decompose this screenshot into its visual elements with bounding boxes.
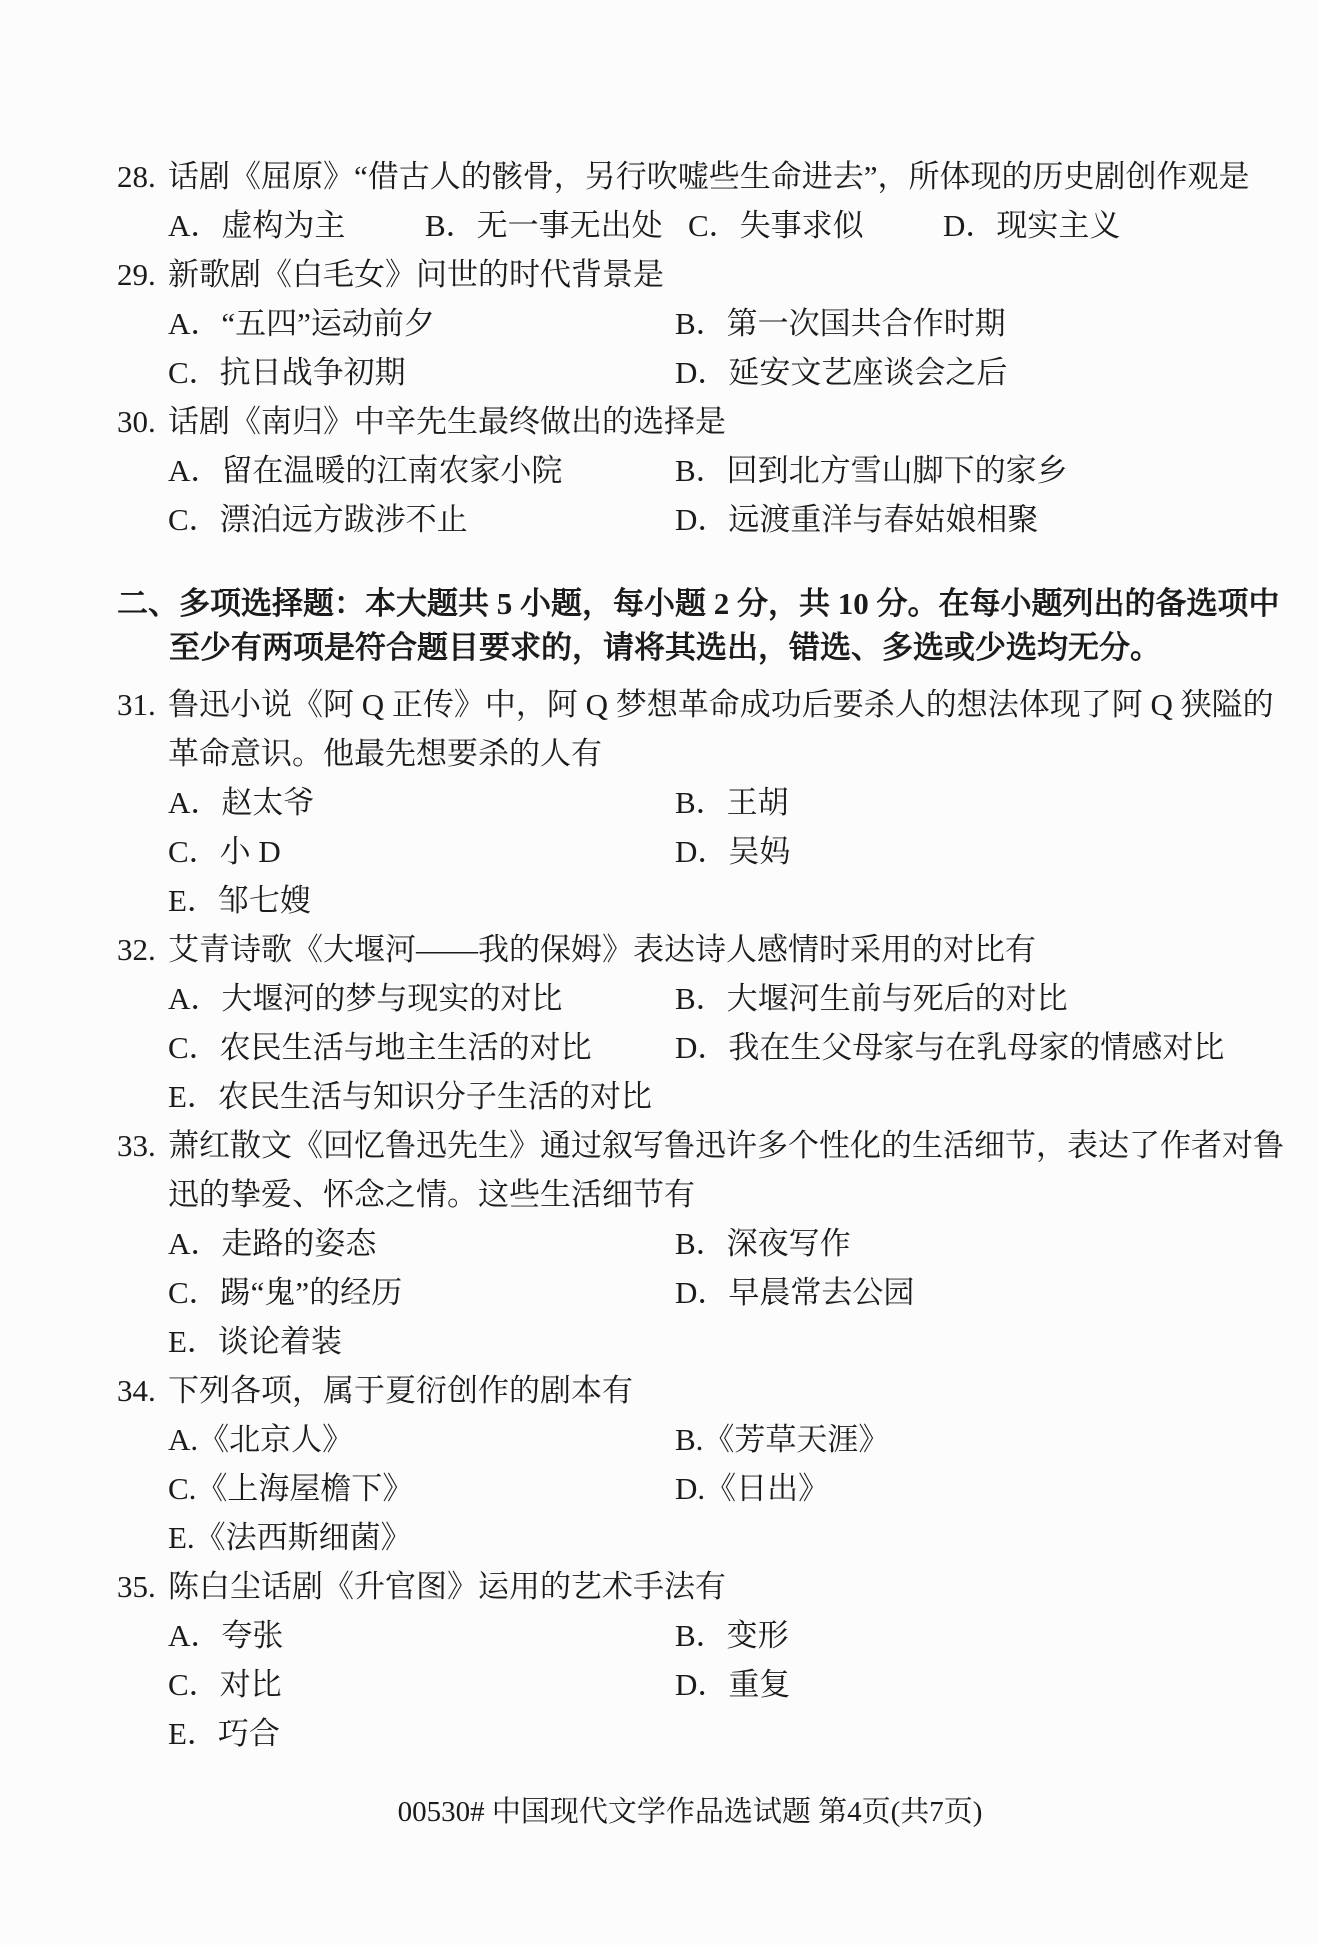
question-28: 28. 话剧《屈原》“借古人的骸骨，另行吹嘘些生命进去”，所体现的历史剧创作观是 [117, 152, 1263, 201]
question-29-number: 29. [117, 250, 168, 299]
question-34-option-e: E.《法西斯细菌》 [168, 1513, 412, 1562]
question-35-options-row-3: E．巧合 [117, 1709, 1263, 1758]
exam-page: 28. 话剧《屈原》“借古人的骸骨，另行吹嘘些生命进去”，所体现的历史剧创作观是… [0, 0, 1318, 1836]
question-31-option-e: E．邹七嫂 [168, 876, 311, 925]
question-31-text-continued: 革命意识。他最先想要杀的人有 [117, 729, 1263, 778]
question-31-options-row-3: E．邹七嫂 [117, 876, 1263, 925]
question-35-option-a: A．夸张 [168, 1611, 675, 1660]
question-30-text: 话剧《南归》中辛先生最终做出的选择是 [168, 397, 1263, 446]
question-35-option-b: B．变形 [675, 1611, 789, 1660]
question-34-number: 34. [117, 1366, 168, 1415]
question-31-option-d: D．吴妈 [675, 827, 790, 876]
question-33-option-c: C．踢“鬼”的经历 [168, 1268, 675, 1317]
question-29-options-row-1: A．“五四”运动前夕 B．第一次国共合作时期 [117, 299, 1263, 348]
question-35-option-d: D．重复 [675, 1660, 790, 1709]
question-33-options-row-3: E．谈论着装 [117, 1317, 1263, 1366]
question-32-option-c: C．农民生活与地主生活的对比 [168, 1023, 675, 1072]
question-35-option-c: C．对比 [168, 1660, 675, 1709]
question-31-option-c: C．小 D [168, 827, 675, 876]
question-32-option-a: A．大堰河的梦与现实的对比 [168, 974, 675, 1023]
question-35-option-e: E．巧合 [168, 1709, 280, 1758]
question-33-option-d: D．早晨常去公园 [675, 1268, 914, 1317]
question-33-options-row-2: C．踢“鬼”的经历 D．早晨常去公园 [117, 1268, 1263, 1317]
question-31: 31. 鲁迅小说《阿 Q 正传》中，阿 Q 梦想革命成功后要杀人的想法体现了阿 … [117, 680, 1263, 729]
section-heading-text-continued: 至少有两项是符合题目要求的，请将其选出，错选、多选或少选均无分。 [169, 626, 1263, 670]
question-31-text: 鲁迅小说《阿 Q 正传》中，阿 Q 梦想革命成功后要杀人的想法体现了阿 Q 狭隘… [168, 680, 1274, 729]
question-28-number: 28. [117, 152, 168, 201]
question-32-options-row-1: A．大堰河的梦与现实的对比 B．大堰河生前与死后的对比 [117, 974, 1263, 1023]
question-33-text-continued: 迅的挚爱、怀念之情。这些生活细节有 [117, 1170, 1263, 1219]
question-32-option-b: B．大堰河生前与死后的对比 [675, 974, 1068, 1023]
question-34-option-c: C.《上海屋檐下》 [168, 1464, 675, 1513]
question-29-option-d: D．延安文艺座谈会之后 [675, 348, 1007, 397]
question-32-option-e: E．农民生活与知识分子生活的对比 [168, 1072, 652, 1121]
question-31-option-a: A．赵太爷 [168, 778, 675, 827]
question-30-option-a: A．留在温暖的江南农家小院 [168, 446, 675, 495]
question-34-options-row-1: A.《北京人》 B.《芳草天涯》 [117, 1415, 1263, 1464]
section-heading-marker: 二、 [117, 582, 179, 626]
question-32: 32. 艾青诗歌《大堰河——我的保姆》表达诗人感情时采用的对比有 [117, 925, 1263, 974]
question-34: 34. 下列各项，属于夏衍创作的剧本有 [117, 1366, 1263, 1415]
question-29-option-b: B．第一次国共合作时期 [675, 299, 1006, 348]
question-29-text: 新歌剧《白毛女》问世的时代背景是 [168, 250, 1263, 299]
question-31-options-row-1: A．赵太爷 B．王胡 [117, 778, 1263, 827]
section-heading-line-2: 至少有两项是符合题目要求的，请将其选出，错选、多选或少选均无分。 [117, 626, 1263, 670]
question-34-option-b: B.《芳草天涯》 [675, 1415, 889, 1464]
question-32-options-row-2: C．农民生活与地主生活的对比 D．我在生父母家与在乳母家的情感对比 [117, 1023, 1263, 1072]
question-28-option-b: B．无一事无出处 [425, 201, 688, 250]
question-34-text: 下列各项，属于夏衍创作的剧本有 [168, 1366, 1263, 1415]
question-33-option-a: A．走路的姿态 [168, 1219, 675, 1268]
page-footer: 00530# 中国现代文学作品选试题 第4页(共7页) [117, 1788, 1263, 1836]
section-heading-text: 多项选择题：本大题共 5 小题，每小题 2 分，共 10 分。在每小题列出的备选… [179, 582, 1280, 626]
question-35-options-row-1: A．夸张 B．变形 [117, 1611, 1263, 1660]
question-31-option-b: B．王胡 [675, 778, 789, 827]
question-30-number: 30. [117, 397, 168, 446]
question-34-options-row-3: E.《法西斯细菌》 [117, 1513, 1263, 1562]
question-34-options-row-2: C.《上海屋檐下》 D.《日出》 [117, 1464, 1263, 1513]
question-30-options-row-2: C．漂泊远方跋涉不止 D．远渡重洋与春姑娘相聚 [117, 495, 1263, 544]
question-33-number: 33. [117, 1121, 168, 1170]
question-30-option-c: C．漂泊远方跋涉不止 [168, 495, 675, 544]
question-31-text-line2: 革命意识。他最先想要杀的人有 [168, 729, 1263, 778]
question-33: 33. 萧红散文《回忆鲁迅先生》通过叙写鲁迅许多个性化的生活细节，表达了作者对鲁 [117, 1121, 1263, 1170]
question-28-option-c: C．失事求似 [688, 201, 943, 250]
question-35-options-row-2: C．对比 D．重复 [117, 1660, 1263, 1709]
question-31-options-row-2: C．小 D D．吴妈 [117, 827, 1263, 876]
question-35: 35. 陈白尘话剧《升官图》运用的艺术手法有 [117, 1562, 1263, 1611]
question-32-number: 32. [117, 925, 168, 974]
question-29-option-a: A．“五四”运动前夕 [168, 299, 675, 348]
question-29-options-row-2: C．抗日战争初期 D．延安文艺座谈会之后 [117, 348, 1263, 397]
question-30: 30. 话剧《南归》中辛先生最终做出的选择是 [117, 397, 1263, 446]
question-33-options-row-1: A．走路的姿态 B．深夜写作 [117, 1219, 1263, 1268]
question-33-text-line2: 迅的挚爱、怀念之情。这些生活细节有 [168, 1170, 1263, 1219]
question-28-option-d: D．现实主义 [943, 201, 1120, 250]
question-29: 29. 新歌剧《白毛女》问世的时代背景是 [117, 250, 1263, 299]
question-28-options: A．虚构为主 B．无一事无出处 C．失事求似 D．现实主义 [117, 201, 1263, 250]
question-30-option-b: B．回到北方雪山脚下的家乡 [675, 446, 1068, 495]
question-32-option-d: D．我在生父母家与在乳母家的情感对比 [675, 1023, 1224, 1072]
question-32-options-row-3: E．农民生活与知识分子生活的对比 [117, 1072, 1263, 1121]
question-30-options-row-1: A．留在温暖的江南农家小院 B．回到北方雪山脚下的家乡 [117, 446, 1263, 495]
question-33-option-e: E．谈论着装 [168, 1317, 342, 1366]
question-35-number: 35. [117, 1562, 168, 1611]
question-33-text: 萧红散文《回忆鲁迅先生》通过叙写鲁迅许多个性化的生活细节，表达了作者对鲁 [168, 1121, 1284, 1170]
question-33-option-b: B．深夜写作 [675, 1219, 851, 1268]
section-heading-line-1: 二、 多项选择题：本大题共 5 小题，每小题 2 分，共 10 分。在每小题列出… [117, 582, 1263, 626]
question-35-text: 陈白尘话剧《升官图》运用的艺术手法有 [168, 1562, 1263, 1611]
question-29-option-c: C．抗日战争初期 [168, 348, 675, 397]
question-34-option-a: A.《北京人》 [168, 1415, 675, 1464]
question-30-option-d: D．远渡重洋与春姑娘相聚 [675, 495, 1038, 544]
question-28-option-a: A．虚构为主 [168, 201, 425, 250]
question-32-text: 艾青诗歌《大堰河——我的保姆》表达诗人感情时采用的对比有 [168, 925, 1263, 974]
question-34-option-d: D.《日出》 [675, 1464, 829, 1513]
question-28-text: 话剧《屈原》“借古人的骸骨，另行吹嘘些生命进去”，所体现的历史剧创作观是 [168, 152, 1263, 201]
question-31-number: 31. [117, 680, 168, 729]
